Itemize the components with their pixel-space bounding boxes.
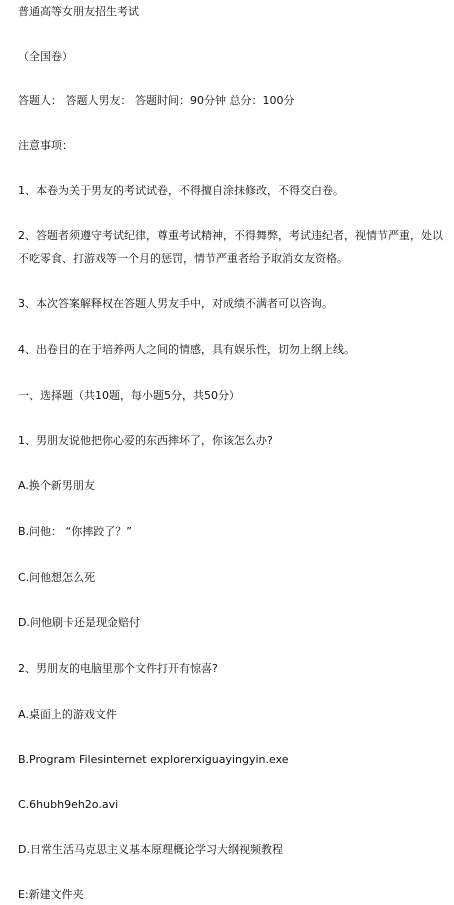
question-2-option-b: B.Program Filesinternet explorerxiguayin… bbox=[18, 749, 450, 771]
question-2-option-a: A.桌面上的游戏文件 bbox=[18, 704, 450, 726]
notice-item-4: 4、出卷目的在于培养两人之间的情感，具有娱乐性，切勿上纲上线。 bbox=[18, 339, 450, 361]
notice-item-3: 3、本次答案解释权在答题人男友手中，对成绩不满者可以咨询。 bbox=[18, 293, 450, 315]
document-subtitle: （全国卷） bbox=[18, 46, 450, 68]
question-2-option-e: E:新建文件夹 bbox=[18, 884, 450, 905]
question-1-option-d: D.问他刷卡还是现金赔付 bbox=[18, 612, 450, 634]
document-title: 普通高等女朋友招生考试 bbox=[18, 1, 450, 23]
question-1-option-b: B.问他： “你摔跤了？” bbox=[18, 521, 450, 543]
question-1-option-a: A.换个新男朋友 bbox=[18, 475, 450, 497]
question-2-option-c: C.6hubh9eh2o.avi bbox=[18, 794, 450, 816]
notice-item-1: 1、本卷为关于男友的考试试卷，不得擅自涂抹修改，不得交白卷。 bbox=[18, 180, 450, 202]
notice-heading: 注意事项： bbox=[18, 135, 450, 157]
notice-item-2: 2、答题者须遵守考试纪律，尊重考试精神，不得舞弊，考试违纪者，视情节严重，处以不… bbox=[18, 224, 450, 270]
section-heading: 一、选择题（共10题，每小题5分，共50分） bbox=[18, 385, 450, 407]
question-2-option-d: D.日常生活马克思主义基本原理概论学习大纲视频教程 bbox=[18, 839, 450, 861]
question-2-stem: 2、男朋友的电脑里那个文件打开有惊喜? bbox=[18, 658, 450, 680]
question-1-stem: 1、男朋友说他把你心爱的东西摔坏了，你该怎么办? bbox=[18, 430, 450, 452]
exam-info-line: 答题人： 答题人男友： 答题时间：90分钟 总分：100分 bbox=[18, 90, 450, 112]
question-1-option-c: C.问他想怎么死 bbox=[18, 567, 450, 589]
exam-document: 普通高等女朋友招生考试 （全国卷） 答题人： 答题人男友： 答题时间：90分钟 … bbox=[0, 0, 454, 905]
